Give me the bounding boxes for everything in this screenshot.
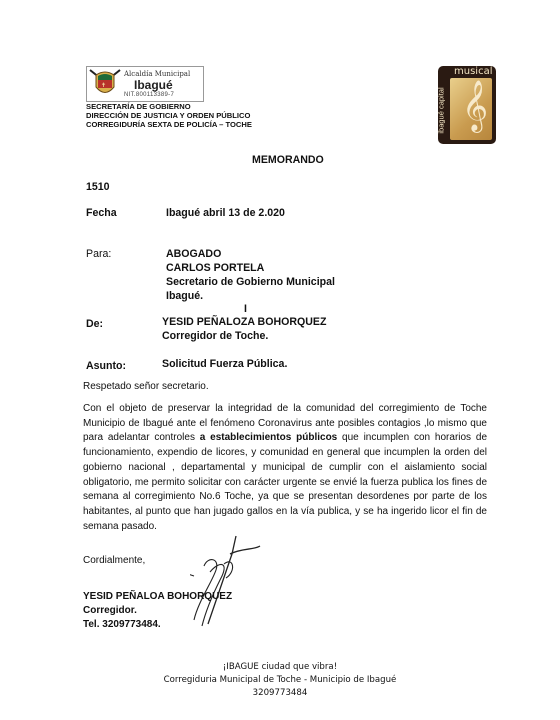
closing: Cordialmente, (83, 554, 145, 569)
signature (190, 532, 310, 632)
body-text-2: que incumplen con horarios de funcionami… (83, 432, 487, 531)
footer-phone: 3209773484 (0, 687, 560, 700)
header-line-1: SECRETARÍA DE GOBIERNO (86, 102, 191, 111)
signer-phone: Tel. 3209773484. (83, 618, 161, 633)
memo-number: 1510 (86, 181, 110, 193)
logo-nit: NIT.800113389-7 (124, 92, 174, 98)
to-label: Para: (86, 248, 111, 260)
greeting: Respetado señor secretario. (83, 380, 209, 395)
to-line-4: Ibagué. (166, 290, 203, 302)
body-text-bold: a establecimientos públicos (200, 432, 337, 443)
from-line-2: Corregidor de Toche. (162, 330, 268, 342)
to-line-3: Secretario de Gobierno Municipal (166, 276, 335, 288)
date-label: Fecha (86, 207, 117, 219)
ibague-capital-musical-logo: musical ibagué capital 𝄞 (438, 66, 496, 144)
header-line-3: CORREGIDURÍA SEXTA DE POLICÍA – TOCHE (86, 120, 252, 129)
signer-name: YESID PEÑALOA BOHORQUEZ (83, 590, 232, 605)
subject-label: Asunto: (86, 360, 126, 372)
memo-title: MEMORANDO (252, 154, 324, 166)
from-line-1: YESID PEÑALOZA BOHORQUEZ (162, 316, 326, 328)
to-line-2: CARLOS PORTELA (166, 262, 264, 274)
subject-value: Solicitud Fuerza Pública. (162, 358, 287, 370)
footer-slogan: ¡IBAGUE ciudad que vibra! (0, 661, 560, 674)
treble-clef-icon: 𝄞 (462, 84, 488, 128)
svg-text:✝: ✝ (101, 82, 106, 89)
header-line-2: DIRECCIÓN DE JUSTICIA Y ORDEN PÚBLICO (86, 111, 250, 120)
coat-of-arms-icon: ✝ (88, 67, 122, 99)
stray-mark: I (244, 303, 247, 315)
musical-vertical-word: ibagué capital (438, 87, 446, 133)
signer-title: Corregidor. (83, 604, 137, 619)
logo-line-2: Ibagué (134, 78, 173, 92)
musical-word: musical (454, 66, 492, 77)
logo-line-1: Alcaldía Municipal (124, 70, 190, 78)
to-line-1: ABOGADO (166, 248, 221, 260)
footer-office: Corregiduria Municipal de Toche - Munici… (0, 674, 560, 687)
footer: ¡IBAGUE ciudad que vibra! Corregiduria M… (0, 661, 560, 700)
memo-body-paragraph: Con el objeto de preservar la integridad… (83, 402, 487, 534)
date-value: Ibagué abril 13 de 2.020 (166, 207, 285, 219)
from-label: De: (86, 318, 103, 330)
